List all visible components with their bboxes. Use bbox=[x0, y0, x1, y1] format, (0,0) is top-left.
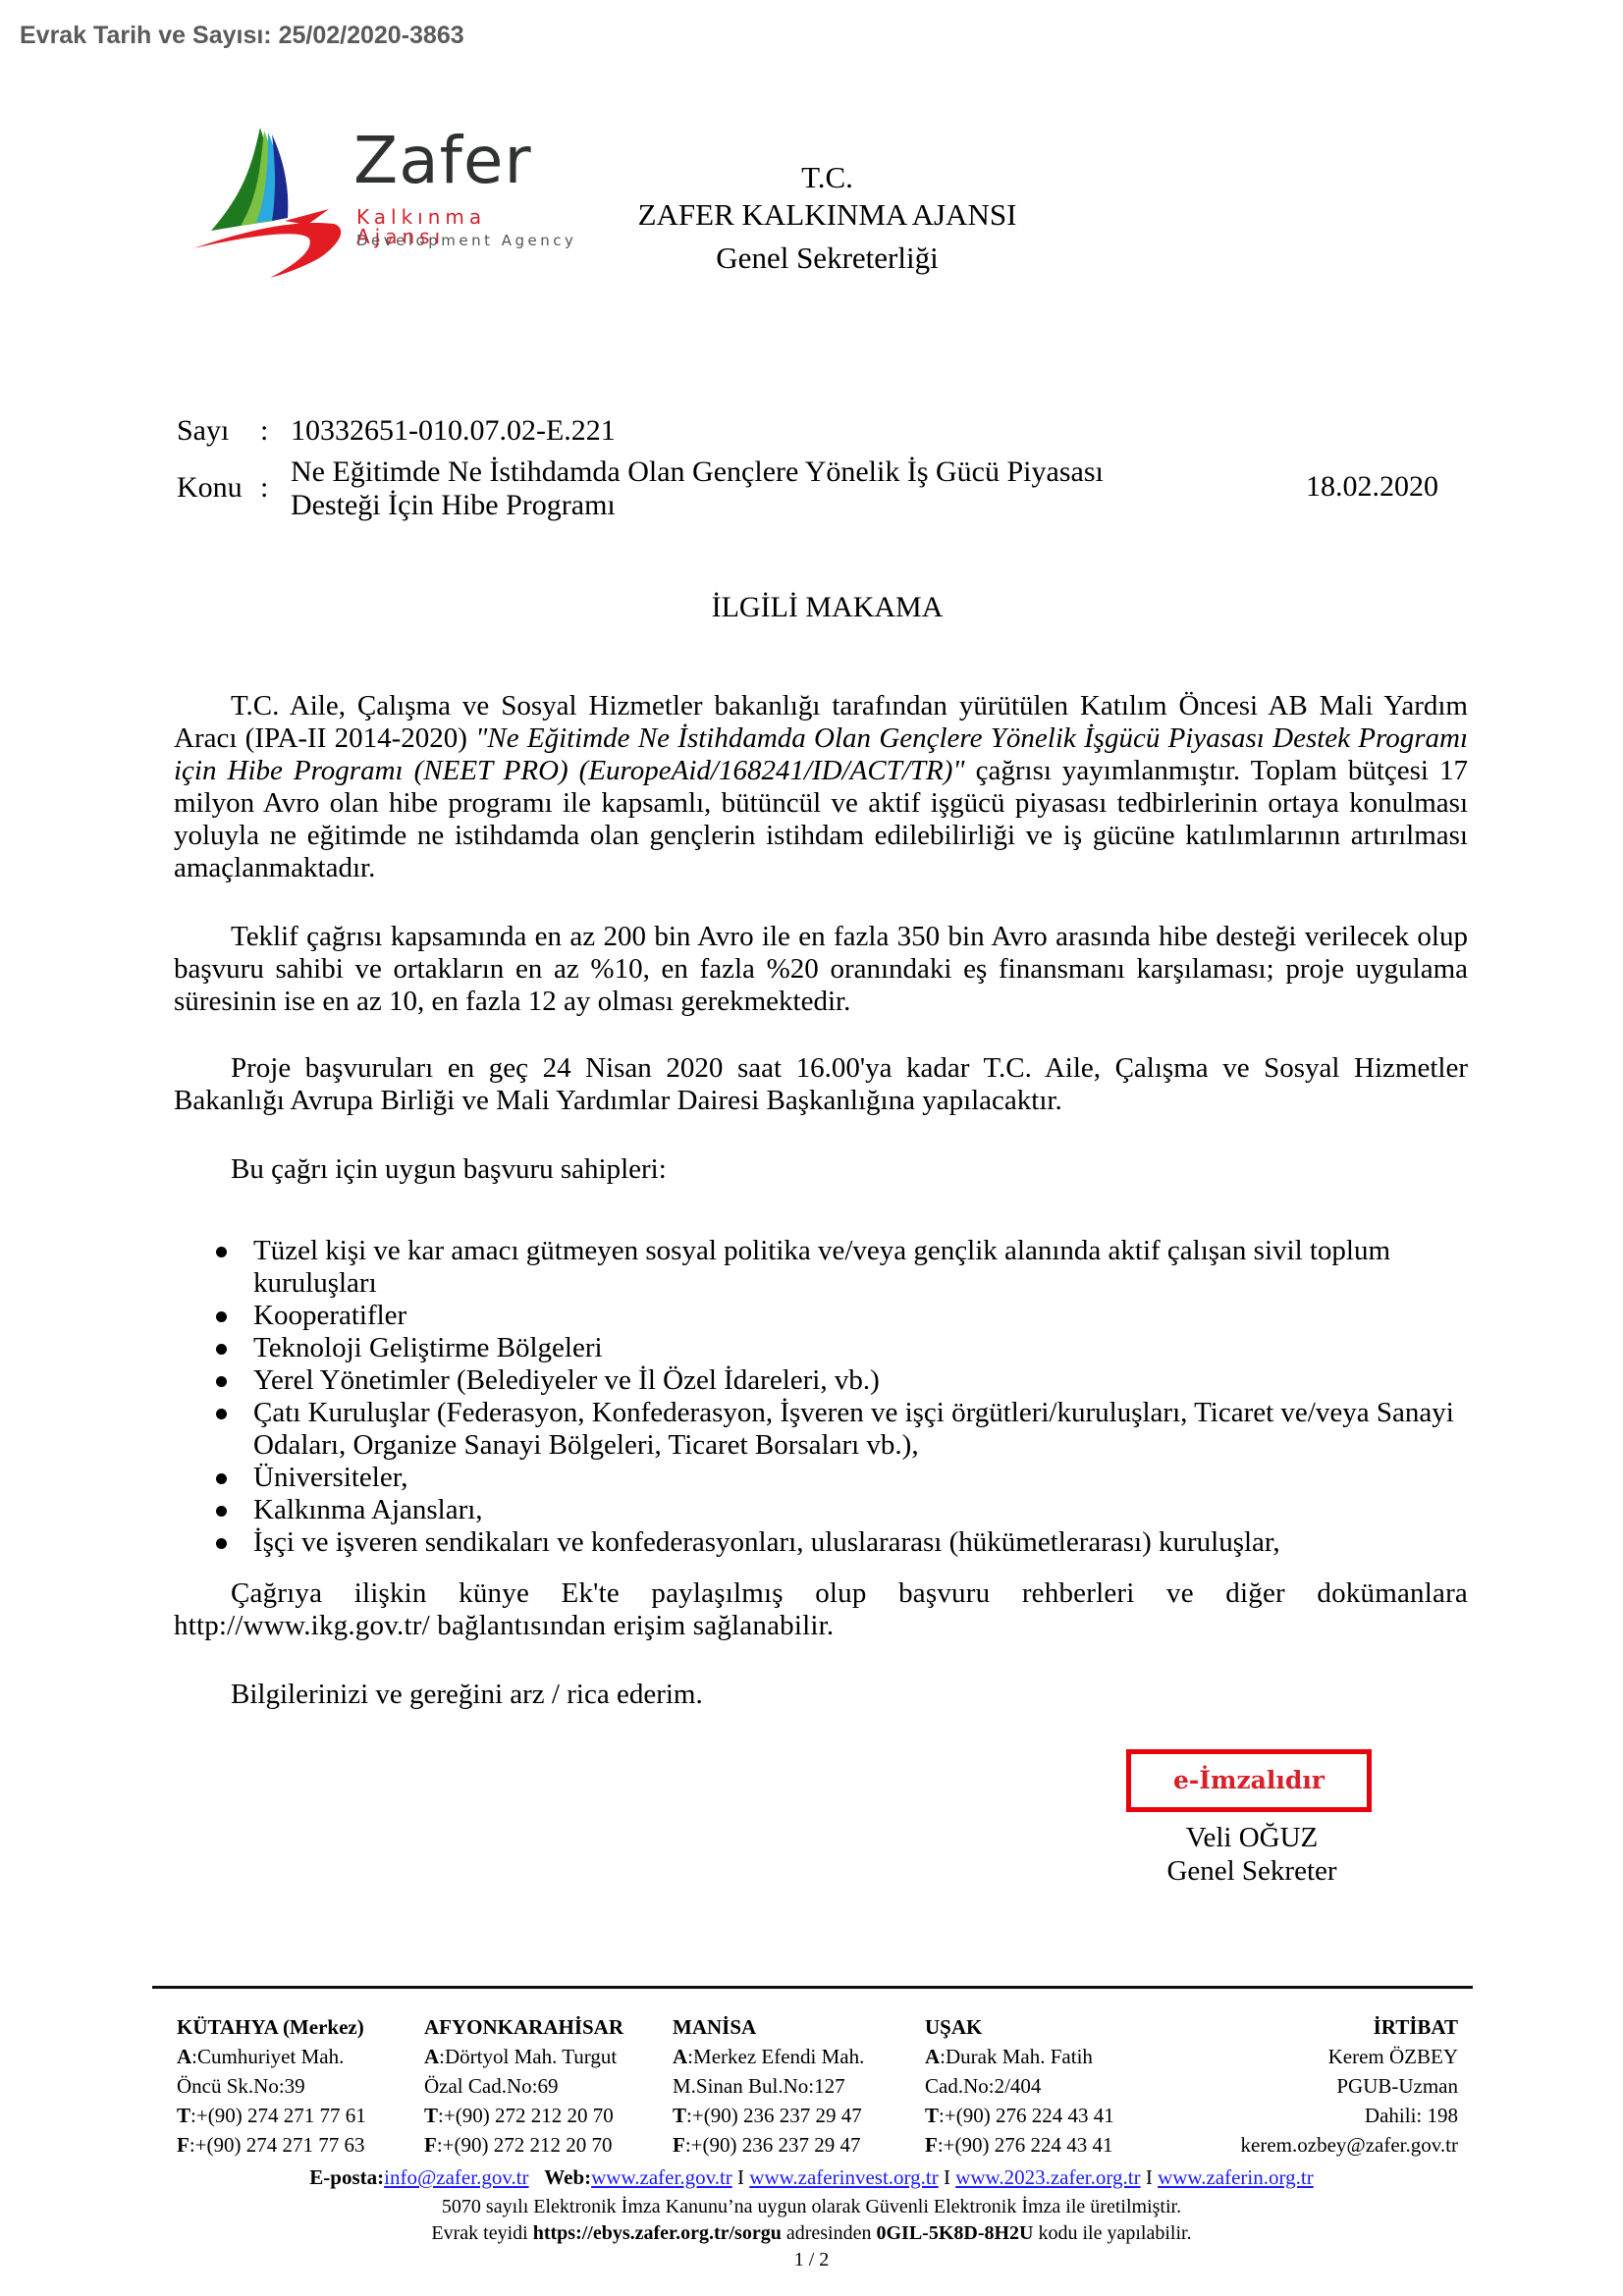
logo-subtitle-en: Development Agency bbox=[356, 234, 576, 248]
bullet-icon bbox=[216, 1473, 227, 1484]
office-kutahya: KÜTAHYA (Merkez) A:Cumhuriyet Mah. Öncü … bbox=[177, 2012, 366, 2160]
eligible-list-item: Teknoloji Geliştirme Bölgeleri bbox=[208, 1332, 1485, 1364]
zafer-logo: Zafer Kalkınma Ajansı Development Agency bbox=[191, 123, 579, 280]
office-fax: F:+(90) 276 224 43 41 bbox=[925, 2130, 1114, 2160]
contact-role: PGUB-Uzman bbox=[1159, 2071, 1458, 2101]
office-fax: F:+(90) 272 212 20 70 bbox=[424, 2130, 623, 2160]
bullet-icon bbox=[216, 1409, 227, 1419]
sail-logo-icon bbox=[191, 123, 358, 280]
office-phone: T:+(90) 276 224 43 41 bbox=[925, 2101, 1114, 2130]
eposta-label: E-posta: bbox=[309, 2165, 384, 2189]
office-phone: T:+(90) 236 237 29 47 bbox=[673, 2101, 864, 2130]
footer-divider bbox=[152, 1986, 1473, 1989]
eligible-list-item-text: Teknoloji Geliştirme Bölgeleri bbox=[253, 1332, 603, 1363]
eligible-list-item-text: Kalkınma Ajansları, bbox=[253, 1494, 483, 1525]
eligible-intro: Bu çağrı için uygun başvuru sahipleri: bbox=[174, 1153, 1468, 1186]
bullet-icon bbox=[216, 1376, 227, 1387]
eligible-list-item-text: Kooperatifler bbox=[253, 1300, 406, 1331]
document-date-number: Evrak Tarih ve Sayısı: 25/02/2020-3863 bbox=[20, 22, 464, 50]
eligible-list-item: Kalkınma Ajansları, bbox=[208, 1494, 1485, 1526]
e-signature-stamp: e-İmzalıdır bbox=[1126, 1749, 1372, 1812]
eligible-list-item-text: Yerel Yönetimler (Belediyeler ve İl Özel… bbox=[253, 1364, 880, 1396]
office-fax: F:+(90) 274 271 77 63 bbox=[177, 2130, 366, 2160]
eligible-list-item: Üniversiteler, bbox=[208, 1462, 1485, 1494]
paragraph-1: T.C. Aile, Çalışma ve Sosyal Hizmetler b… bbox=[174, 690, 1468, 884]
konu-line-1: Ne Eğitimde Ne İstihdamda Olan Gençlere … bbox=[291, 457, 1104, 487]
eligible-list-item: Yerel Yönetimler (Belediyeler ve İl Özel… bbox=[208, 1364, 1485, 1397]
office-manisa: MANİSA A:Merkez Efendi Mah. M.Sinan Bul.… bbox=[673, 2012, 864, 2160]
verification-url: https://ebys.zafer.org.tr/sorgu bbox=[533, 2222, 782, 2244]
org-line-department: Genel Sekreterliği bbox=[550, 242, 1105, 273]
eligible-list-item-text: Üniversiteler, bbox=[253, 1462, 407, 1493]
contact-name: Kerem ÖZBEY bbox=[1159, 2042, 1458, 2071]
office-address-2: Özal Cad.No:69 bbox=[424, 2071, 623, 2101]
eligible-list-item: Tüzel kişi ve kar amacı gütmeyen sosyal … bbox=[208, 1235, 1485, 1300]
bullet-icon bbox=[216, 1247, 227, 1257]
office-address-2: Cad.No:2/404 bbox=[925, 2071, 1114, 2101]
office-address-1: A:Durak Mah. Fatih bbox=[925, 2042, 1114, 2071]
contact-block: İRTİBAT Kerem ÖZBEY PGUB-Uzman Dahili: 1… bbox=[1159, 2012, 1458, 2160]
office-address-1: A:Cumhuriyet Mah. bbox=[177, 2042, 366, 2071]
logo-wordmark: Zafer bbox=[353, 129, 532, 193]
office-phone: T:+(90) 272 212 20 70 bbox=[424, 2101, 623, 2130]
paragraph-2: Teklif çağrısı kapsamında en az 200 bin … bbox=[174, 921, 1468, 1018]
eligible-list-item: Çatı Kuruluşlar (Federasyon, Konfederasy… bbox=[208, 1397, 1485, 1462]
paragraph-3-text: Proje başvuruları en geç 24 Nisan 2020 s… bbox=[174, 1052, 1468, 1116]
konu-label: Konu bbox=[177, 473, 243, 503]
eligible-list-item: Kooperatifler bbox=[208, 1300, 1485, 1332]
office-city: KÜTAHYA (Merkez) bbox=[177, 2012, 366, 2042]
sayi-value: 10332651-010.07.02-E.221 bbox=[291, 416, 616, 446]
konu-colon: : bbox=[260, 473, 268, 503]
web-link-2023[interactable]: www.2023.zafer.org.tr bbox=[955, 2165, 1140, 2189]
office-usak: UŞAK A:Durak Mah. Fatih Cad.No:2/404 T:+… bbox=[925, 2012, 1114, 2160]
office-address-2: M.Sinan Bul.No:127 bbox=[673, 2071, 864, 2101]
bullet-icon bbox=[216, 1311, 227, 1322]
page-number: 1 / 2 bbox=[0, 2250, 1623, 2269]
signer-name: Veli OĞUZ bbox=[1119, 1824, 1384, 1852]
office-city: MANİSA bbox=[673, 2012, 864, 2042]
office-address-1: A:Merkez Efendi Mah. bbox=[673, 2042, 864, 2071]
eligible-list-item-text: Çatı Kuruluşlar (Federasyon, Konfederasy… bbox=[253, 1397, 1454, 1461]
verification-code: 0GIL-5K8D-8H2U bbox=[876, 2222, 1033, 2244]
konu-line-2: Desteği İçin Hibe Programı bbox=[291, 491, 616, 520]
link-separator: I bbox=[737, 2165, 744, 2189]
bullet-icon bbox=[216, 1506, 227, 1517]
bullet-icon bbox=[216, 1344, 227, 1355]
footer-links: E-posta:info@zafer.gov.tr Web:www.zafer.… bbox=[0, 2164, 1623, 2190]
office-address-2: Öncü Sk.No:39 bbox=[177, 2071, 366, 2101]
letter-date: 18.02.2020 bbox=[1306, 472, 1438, 502]
web-link-zafer[interactable]: www.zafer.gov.tr bbox=[591, 2165, 732, 2189]
contact-extension: Dahili: 198 bbox=[1159, 2101, 1458, 2130]
office-phone: T:+(90) 274 271 77 61 bbox=[177, 2101, 366, 2130]
addressee: İLGİLİ MAKAMA bbox=[550, 593, 1105, 622]
eligible-intro-text: Bu çağrı için uygun başvuru sahipleri: bbox=[231, 1153, 667, 1185]
web-link-zaferinvest[interactable]: www.zaferinvest.org.tr bbox=[749, 2165, 938, 2189]
sayi-label: Sayı bbox=[177, 416, 229, 446]
eligible-list-item-text: Tüzel kişi ve kar amacı gütmeyen sosyal … bbox=[253, 1235, 1390, 1299]
bullet-icon bbox=[216, 1538, 227, 1549]
paragraph-3: Proje başvuruları en geç 24 Nisan 2020 s… bbox=[174, 1052, 1468, 1117]
office-fax: F:+(90) 236 237 29 47 bbox=[673, 2130, 864, 2160]
office-address-1: A:Dörtyol Mah. Turgut bbox=[424, 2042, 623, 2071]
org-line-tc: T.C. bbox=[550, 162, 1105, 192]
paragraph-4-text: Çağrıya ilişkin künye Ek'te paylaşılmış … bbox=[174, 1577, 1468, 1641]
paragraph-2-text: Teklif çağrısı kapsamında en az 200 bin … bbox=[174, 921, 1468, 1017]
paragraph-4: Çağrıya ilişkin künye Ek'te paylaşılmış … bbox=[174, 1577, 1468, 1642]
closing-text: Bilgilerinizi ve gereğini arz / rica ede… bbox=[231, 1679, 703, 1710]
esign-law-note: 5070 sayılı Elektronik İmza Kanunu’na uy… bbox=[0, 2197, 1623, 2216]
office-city: UŞAK bbox=[925, 2012, 1114, 2042]
eligible-list-item: İşçi ve işveren sendikaları ve konfedera… bbox=[208, 1526, 1485, 1559]
eligible-list-item-text: İşçi ve işveren sendikaları ve konfedera… bbox=[253, 1526, 1280, 1558]
eposta-link[interactable]: info@zafer.gov.tr bbox=[384, 2165, 528, 2189]
signer-title: Genel Sekreter bbox=[1119, 1857, 1384, 1886]
verification-note: Evrak teyidi https://ebys.zafer.org.tr/s… bbox=[0, 2223, 1623, 2243]
closing-line: Bilgilerinizi ve gereğini arz / rica ede… bbox=[174, 1679, 1468, 1711]
eligible-applicants-list: Tüzel kişi ve kar amacı gütmeyen sosyal … bbox=[208, 1235, 1485, 1559]
contact-heading: İRTİBAT bbox=[1159, 2012, 1458, 2042]
sayi-colon: : bbox=[260, 416, 268, 446]
web-link-zaferin[interactable]: www.zaferin.org.tr bbox=[1158, 2165, 1314, 2189]
contact-email[interactable]: kerem.ozbey@zafer.gov.tr bbox=[1159, 2130, 1458, 2160]
office-afyonkarahisar: AFYONKARAHİSAR A:Dörtyol Mah. Turgut Öza… bbox=[424, 2012, 623, 2160]
office-city: AFYONKARAHİSAR bbox=[424, 2012, 623, 2042]
org-line-name: ZAFER KALKINMA AJANSI bbox=[550, 199, 1105, 230]
link-separator: I bbox=[944, 2165, 950, 2189]
link-separator: I bbox=[1146, 2165, 1153, 2189]
web-label: Web: bbox=[544, 2165, 591, 2189]
